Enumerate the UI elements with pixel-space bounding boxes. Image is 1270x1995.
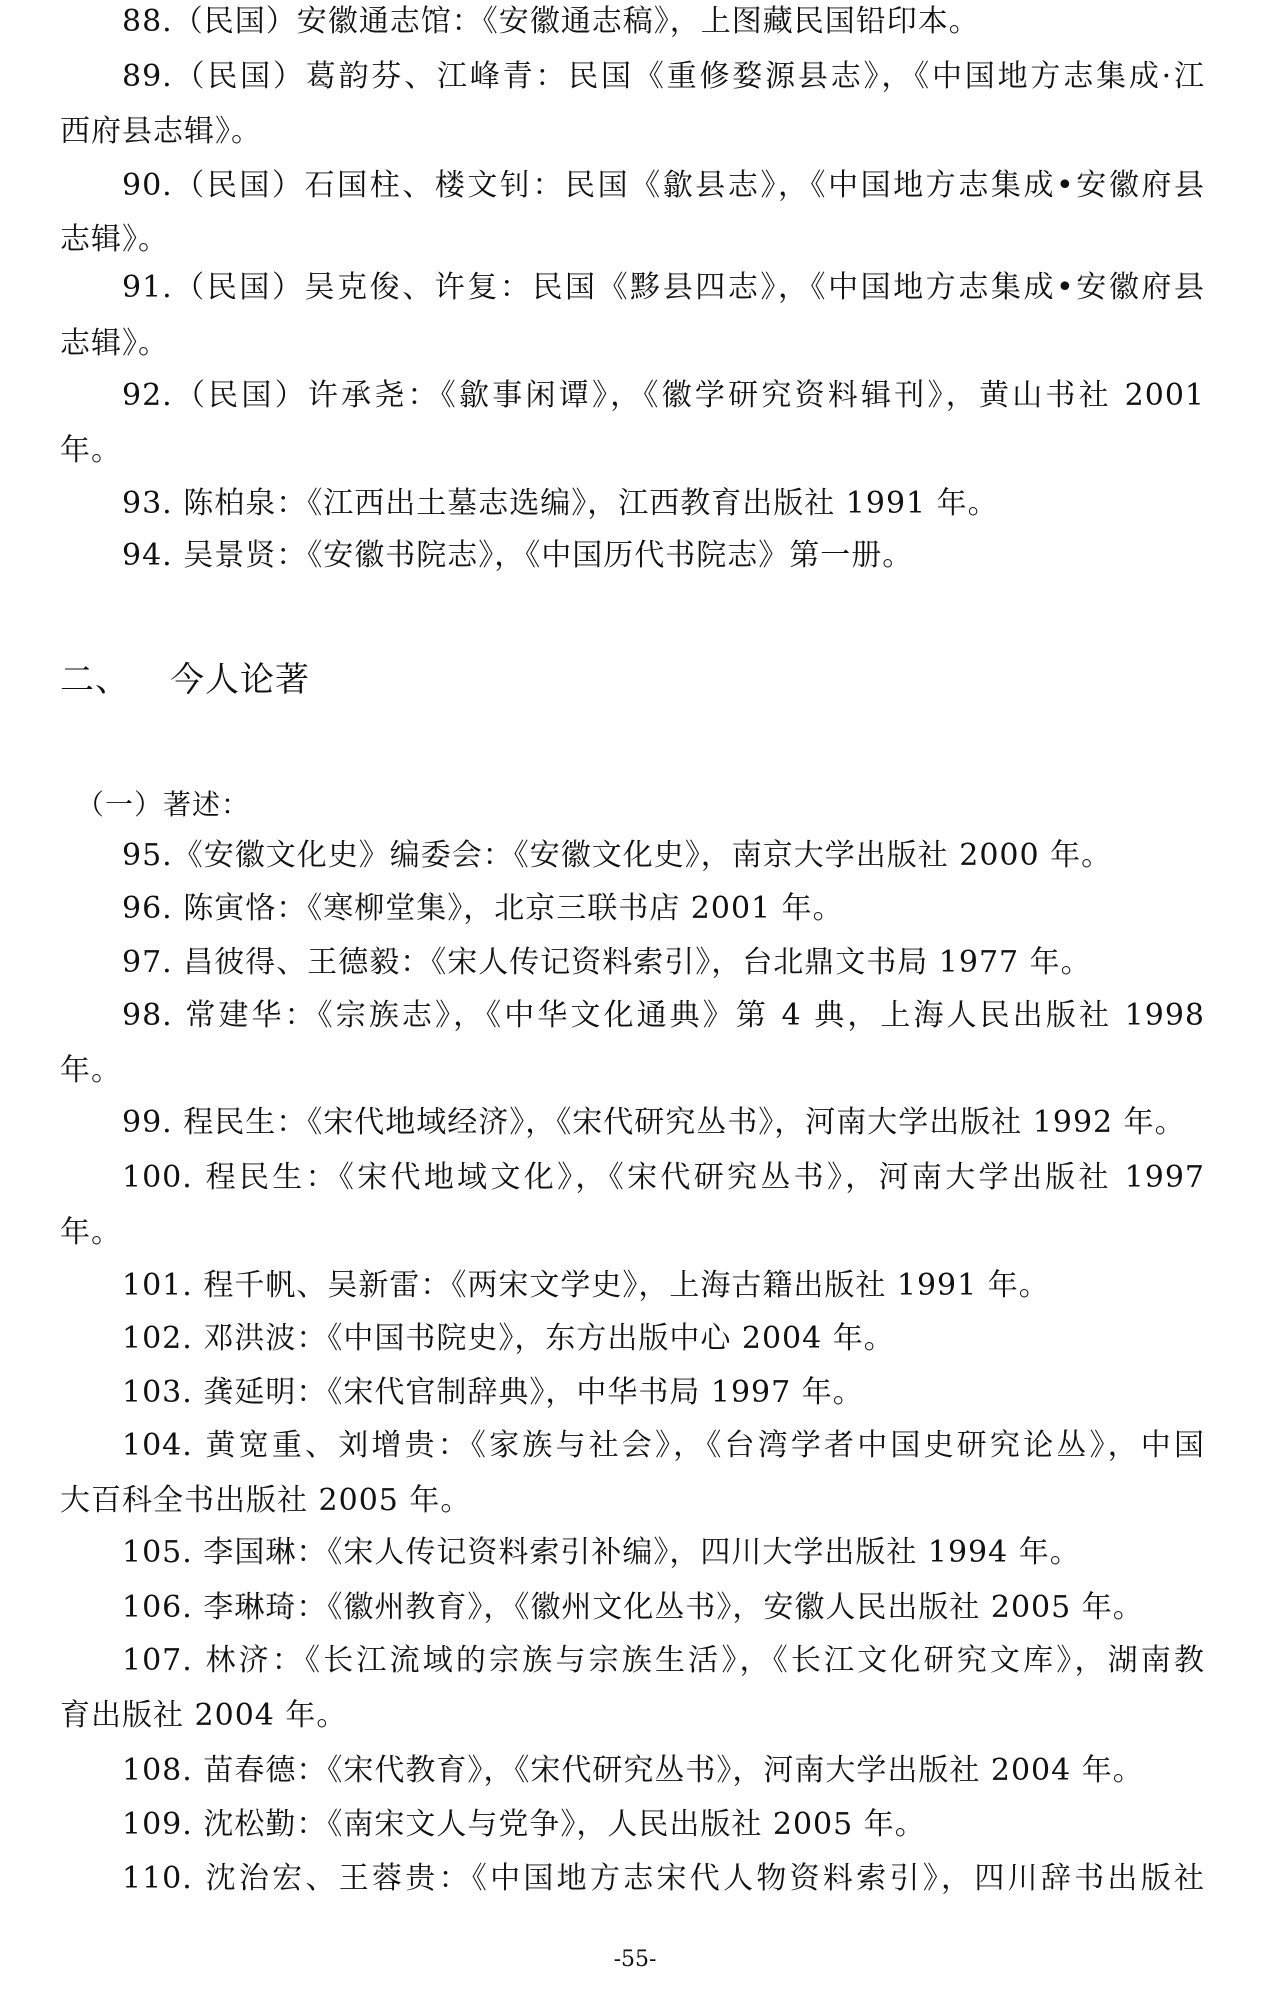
bibliography-entry: 101. 程千帆、吴新雷：《两宋文学史》，上海古籍出版社 1991 年。 xyxy=(122,1266,1050,1306)
section-heading-number: 二、 xyxy=(60,658,170,702)
bibliography-entry: 108. 苗春德：《宋代教育》，《宋代研究丛书》，河南大学出版社 2004 年。 xyxy=(122,1751,1144,1791)
bibliography-entry: 98. 常建华：《宗族志》，《中华文化通典》第 4 典，上海人民出版社 1998 xyxy=(122,996,1205,1036)
bibliography-entry: 110. 沈治宏、王蓉贵：《中国地方志宋代人物资料索引》，四川辞书出版社 xyxy=(122,1859,1205,1899)
bibliography-entry: 104. 黄宽重、刘增贵：《家族与社会》，《台湾学者中国史研究论丛》，中国 xyxy=(122,1426,1205,1466)
document-page: 二、今人论著 （一）著述： -55- 88.（民国）安徽通志馆：《安徽通志稿》，… xyxy=(0,0,1270,1995)
bibliography-entry: 106. 李琳琦：《徽州教育》，《徽州文化丛书》，安徽人民出版社 2005 年。 xyxy=(122,1588,1144,1628)
bibliography-entry: 107. 林济：《长江流域的宗族与宗族生活》，《长江文化研究文库》，湖南教 xyxy=(122,1641,1205,1681)
bibliography-entry: 90.（民国）石国柱、楼文钊：民国《歙县志》，《中国地方志集成•安徽府县 xyxy=(122,166,1205,206)
section-heading: 二、今人论著 xyxy=(60,658,310,702)
bibliography-entry: 88.（民国）安徽通志馆：《安徽通志稿》，上图藏民国铅印本。 xyxy=(122,2,980,42)
subsection-heading: （一）著述： xyxy=(76,785,250,825)
bibliography-entry: 96. 陈寅恪：《寒柳堂集》，北京三联书店 2001 年。 xyxy=(122,889,844,929)
bibliography-entry: 92.（民国）许承尧：《歙事闲谭》，《徽学研究资料辑刊》，黄山书社 2001 xyxy=(122,376,1205,416)
bibliography-entry-continuation: 年。 xyxy=(60,431,122,471)
bibliography-entry-continuation: 年。 xyxy=(60,1051,122,1091)
page-number: -55- xyxy=(0,1945,1270,1975)
bibliography-entry: 93. 陈柏泉：《江西出土墓志选编》，江西教育出版社 1991 年。 xyxy=(122,484,999,524)
bibliography-entry-continuation: 年。 xyxy=(60,1213,122,1253)
section-heading-title: 今人论著 xyxy=(170,660,310,700)
bibliography-entry: 89.（民国）葛韵芬、江峰青：民国《重修婺源县志》，《中国地方志集成·江 xyxy=(122,57,1205,97)
bibliography-entry: 100. 程民生：《宋代地域文化》，《宋代研究丛书》，河南大学出版社 1997 xyxy=(122,1158,1205,1198)
bibliography-entry: 99. 程民生：《宋代地域经济》，《宋代研究丛书》，河南大学出版社 1992 年… xyxy=(122,1103,1186,1143)
bibliography-entry-continuation: 育出版社 2004 年。 xyxy=(60,1696,347,1736)
bibliography-entry-continuation: 西府县志辑》。 xyxy=(60,112,262,152)
bibliography-entry: 102. 邓洪波：《中国书院史》，东方出版中心 2004 年。 xyxy=(122,1319,895,1359)
bibliography-entry-continuation: 志辑》。 xyxy=(60,324,169,364)
bibliography-entry-continuation: 志辑》。 xyxy=(60,220,169,260)
bibliography-entry-continuation: 大百科全书出版社 2005 年。 xyxy=(60,1481,471,1521)
bibliography-entry: 103. 龚延明：《宋代官制辞典》，中华书局 1997 年。 xyxy=(122,1373,864,1413)
bibliography-entry: 105. 李国琳：《宋人传记资料索引补编》，四川大学出版社 1994 年。 xyxy=(122,1533,1081,1573)
bibliography-entry: 94. 吴景贤：《安徽书院志》，《中国历代书院志》第一册。 xyxy=(122,536,913,576)
bibliography-entry: 91.（民国）吴克俊、许复：民国《黟县四志》，《中国地方志集成•安徽府县 xyxy=(122,268,1205,308)
bibliography-entry: 109. 沈松勤：《南宋文人与党争》，人民出版社 2005 年。 xyxy=(122,1805,926,1845)
bibliography-entry: 97. 昌彼得、王德毅：《宋人传记资料索引》，台北鼎文书局 1977 年。 xyxy=(122,943,1092,983)
bibliography-entry: 95.《安徽文化史》编委会：《安徽文化史》，南京大学出版社 2000 年。 xyxy=(122,836,1112,876)
